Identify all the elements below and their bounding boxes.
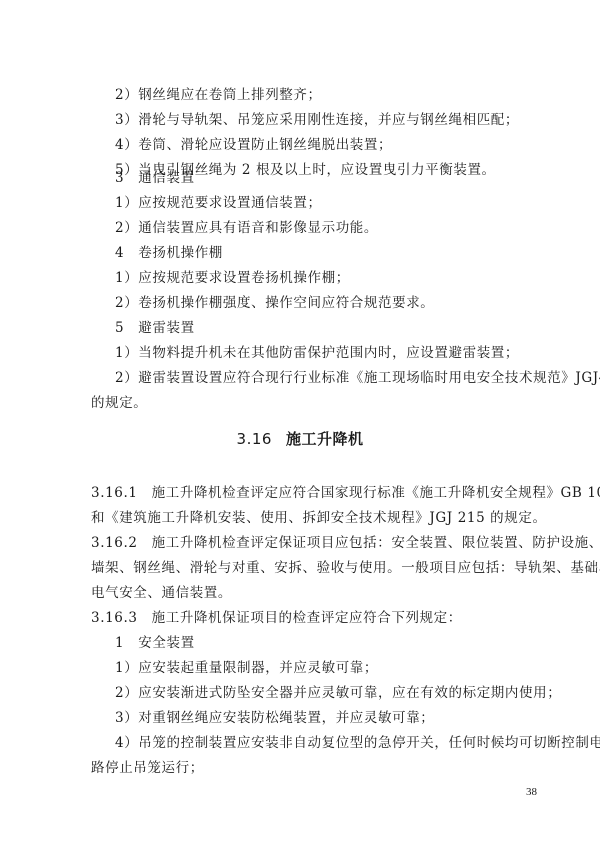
section-number: 3.16 (237, 430, 272, 448)
paragraph-line: 1）应按规范要求设置通信装置； (115, 191, 563, 216)
subsection-heading: 5 避雷装置 (115, 316, 563, 341)
document-page: 2）钢丝绳应在卷筒上排列整齐； 3）滑轮与导轨架、吊笼应采用刚性连接，并应与钢丝… (0, 0, 600, 848)
paragraph-line: 2）钢丝绳应在卷筒上排列整齐； (115, 83, 563, 108)
clause-line: 3.16.3 施工升降机保证项目的检查评定应符合下列规定： (91, 606, 539, 631)
paragraph-line: 1）应按规范要求设置卷扬机操作棚； (115, 266, 563, 291)
paragraph-line: 路停止吊笼运行； (91, 756, 539, 781)
paragraph-line: 2）通信装置应具有语音和影像显示功能。 (115, 216, 563, 241)
subsection-heading: 3 通信装置 (115, 166, 563, 191)
paragraph-line: 3）滑轮与导轨架、吊笼应采用刚性连接，并应与钢丝绳相匹配； (115, 108, 563, 133)
section-title: 施工升降机 (286, 430, 364, 448)
clause-line: 3.16.2 施工升降机检查评定保证项目应包括：安全装置、限位装置、防护设施、附 (91, 531, 539, 556)
paragraph-line: 墙架、钢丝绳、滑轮与对重、安拆、验收与使用。一般项目应包括：导轨架、基础、 (91, 556, 539, 581)
page-number: 38 (526, 786, 537, 798)
paragraph-line: 1）当物料提升机未在其他防雷保护范围内时，应设置避雷装置； (115, 341, 563, 366)
subsection-heading: 1 安全装置 (115, 631, 563, 656)
paragraph-line: 1）应安装起重量限制器，并应灵敏可靠； (115, 656, 563, 681)
section-heading: 3.16施工升降机 (0, 426, 600, 452)
paragraph-line: 2）应安装渐进式防坠安全器并应灵敏可靠，应在有效的标定期内使用； (115, 681, 563, 706)
clause-line: 3.16.1 施工升降机检查评定应符合国家现行标准《施工升降机安全规程》GB 1… (91, 481, 539, 506)
paragraph-line: 4）卷筒、滑轮应设置防止钢丝绳脱出装置； (115, 133, 563, 158)
paragraph-line: 2）卷扬机操作棚强度、操作空间应符合规范要求。 (115, 291, 563, 316)
paragraph-line: 电气安全、通信装置。 (91, 581, 539, 606)
paragraph-line: 和《建筑施工升降机安装、使用、拆卸安全技术规程》JGJ 215 的规定。 (91, 506, 539, 531)
paragraph-line: 2）避雷装置设置应符合现行行业标准《施工现场临时用电安全技术规范》JGJ46 (115, 366, 563, 391)
paragraph-line: 的规定。 (91, 391, 539, 416)
paragraph-line: 4）吊笼的控制装置应安装非自动复位型的急停开关，任何时候均可切断控制电 (115, 731, 563, 756)
subsection-heading: 4 卷扬机操作棚 (115, 241, 563, 266)
paragraph-line: 3）对重钢丝绳应安装防松绳装置，并应灵敏可靠； (115, 706, 563, 731)
